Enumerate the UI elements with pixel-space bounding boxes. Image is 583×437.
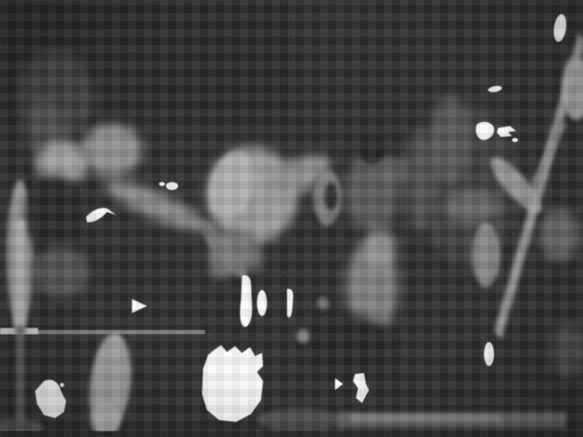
film-still-canvas xyxy=(0,0,583,437)
film-grain-overlay xyxy=(0,0,583,437)
film-still-image xyxy=(0,0,583,437)
